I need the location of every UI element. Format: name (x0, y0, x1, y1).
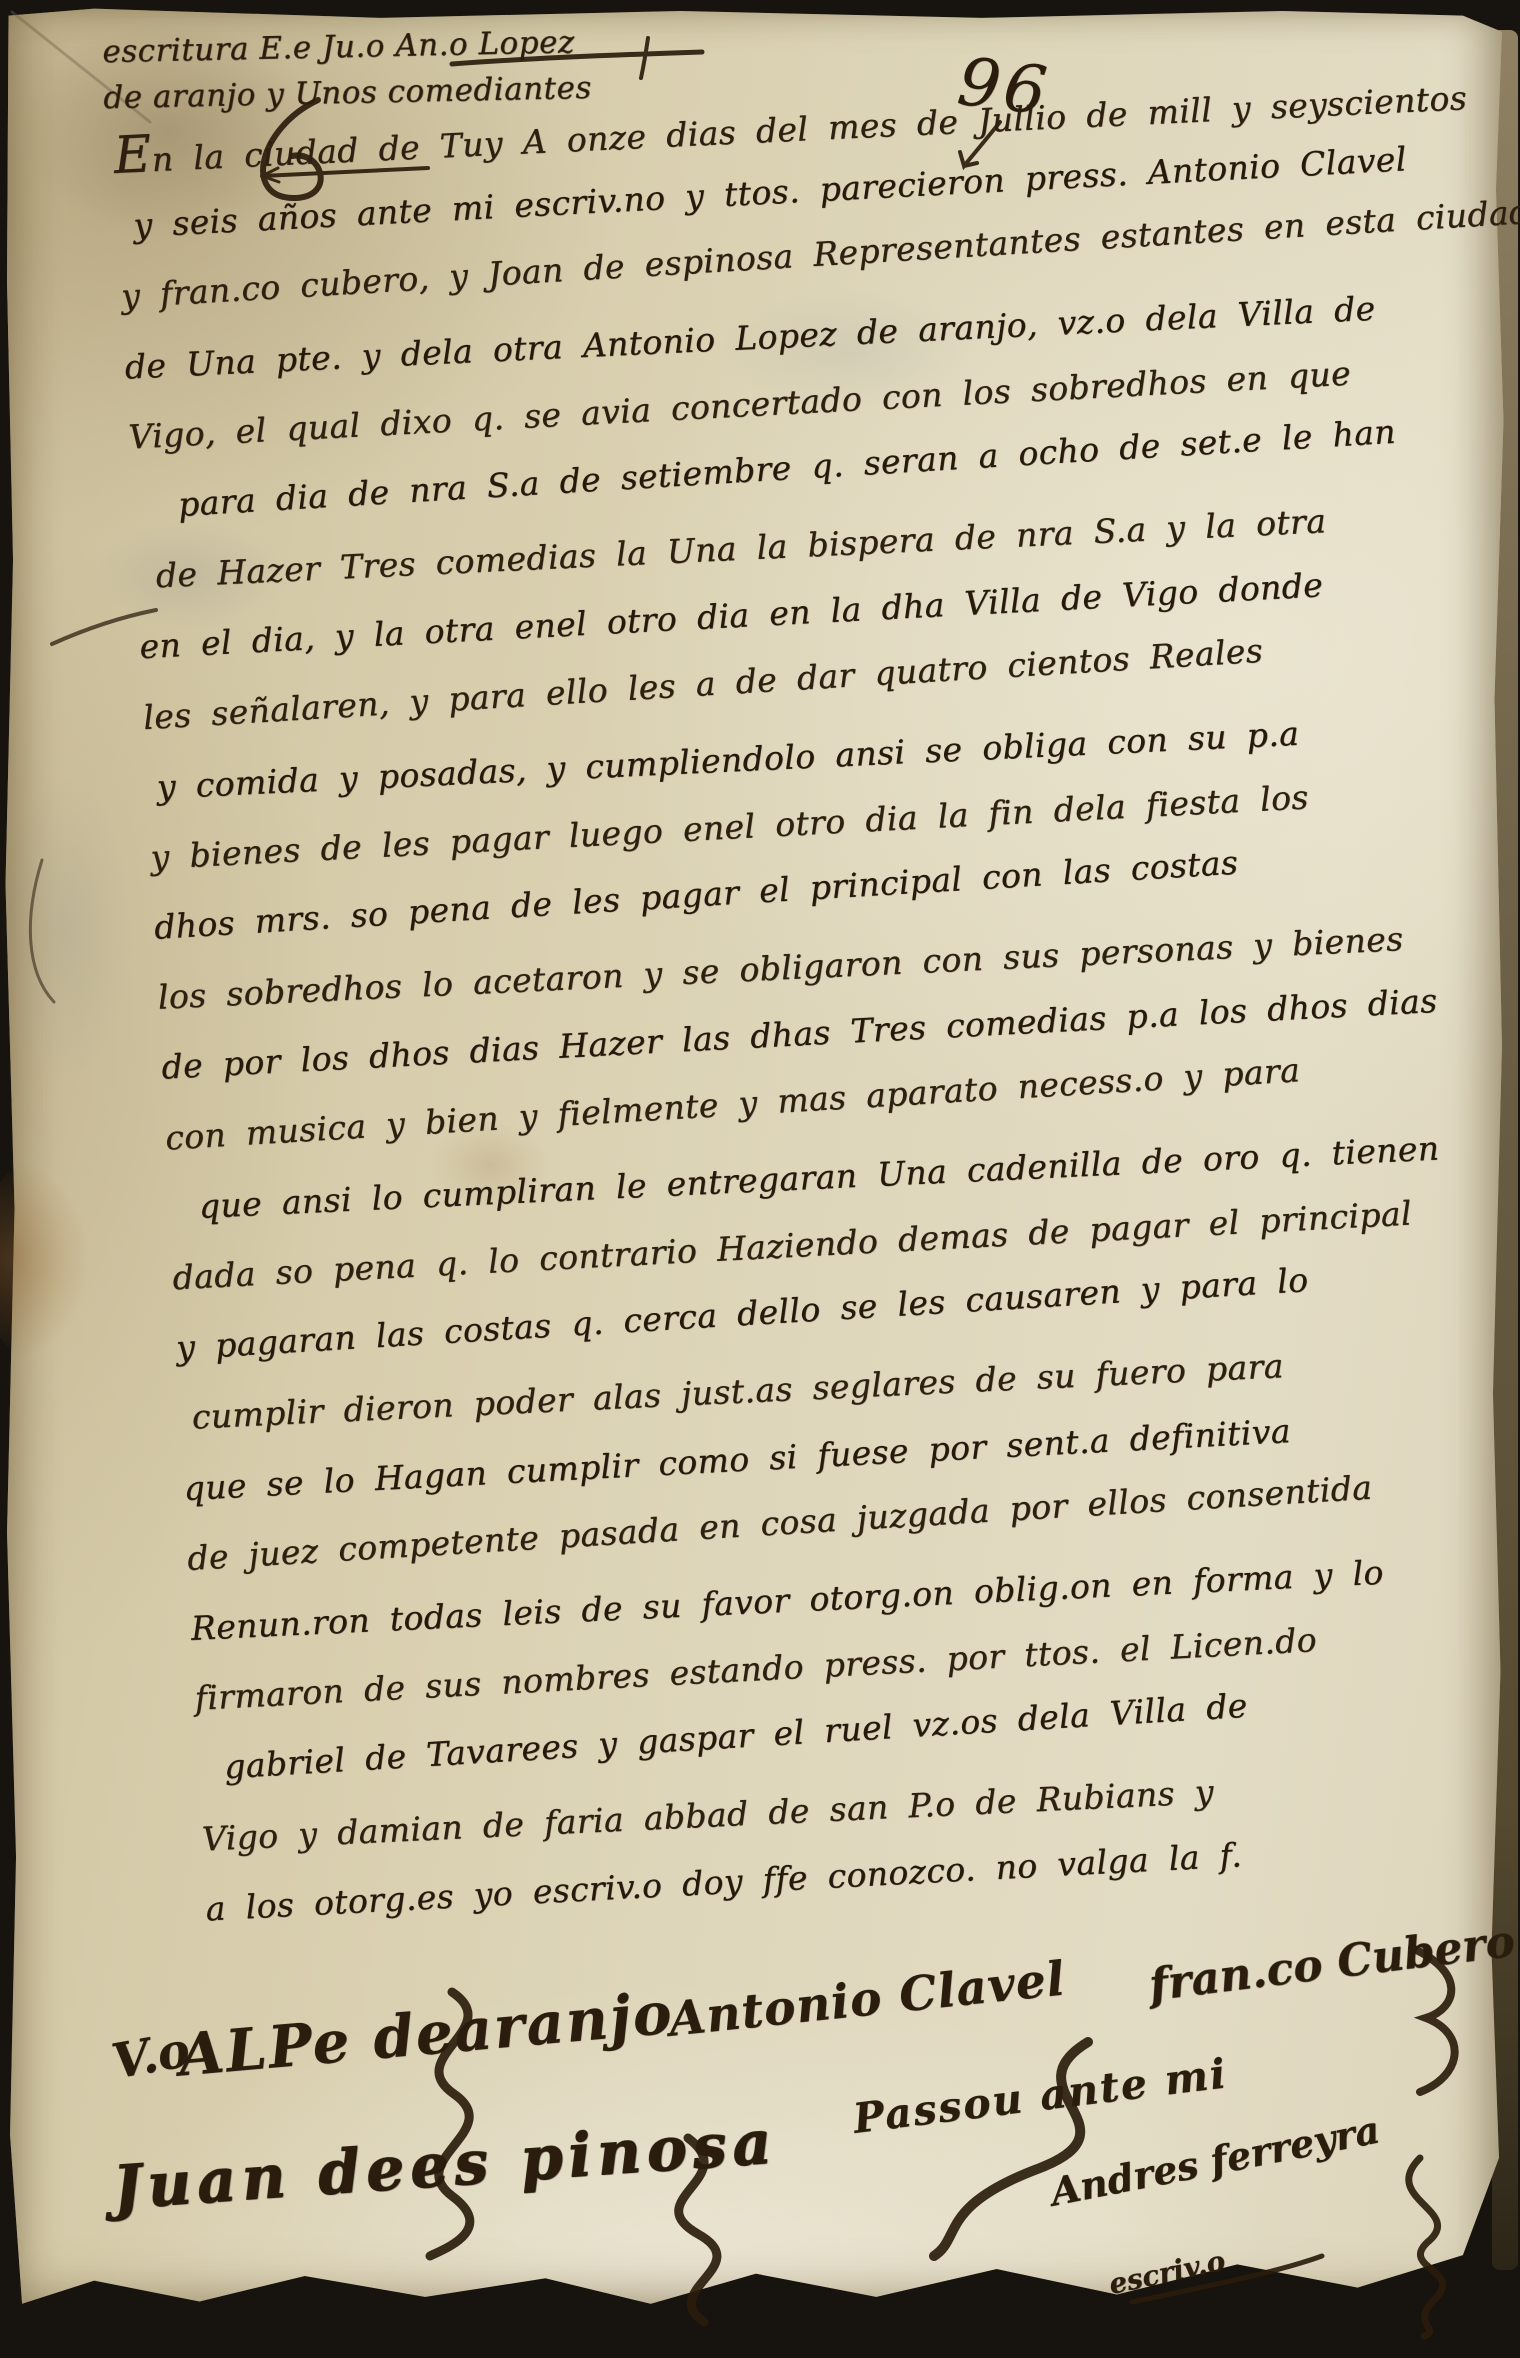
manuscript-body: En la ciudad de Tuy A onze dias del mes … (112, 51, 1520, 1945)
manuscript-scan: escritura E.e Ju.o An.o Lopez de aranjo … (0, 0, 1520, 2358)
